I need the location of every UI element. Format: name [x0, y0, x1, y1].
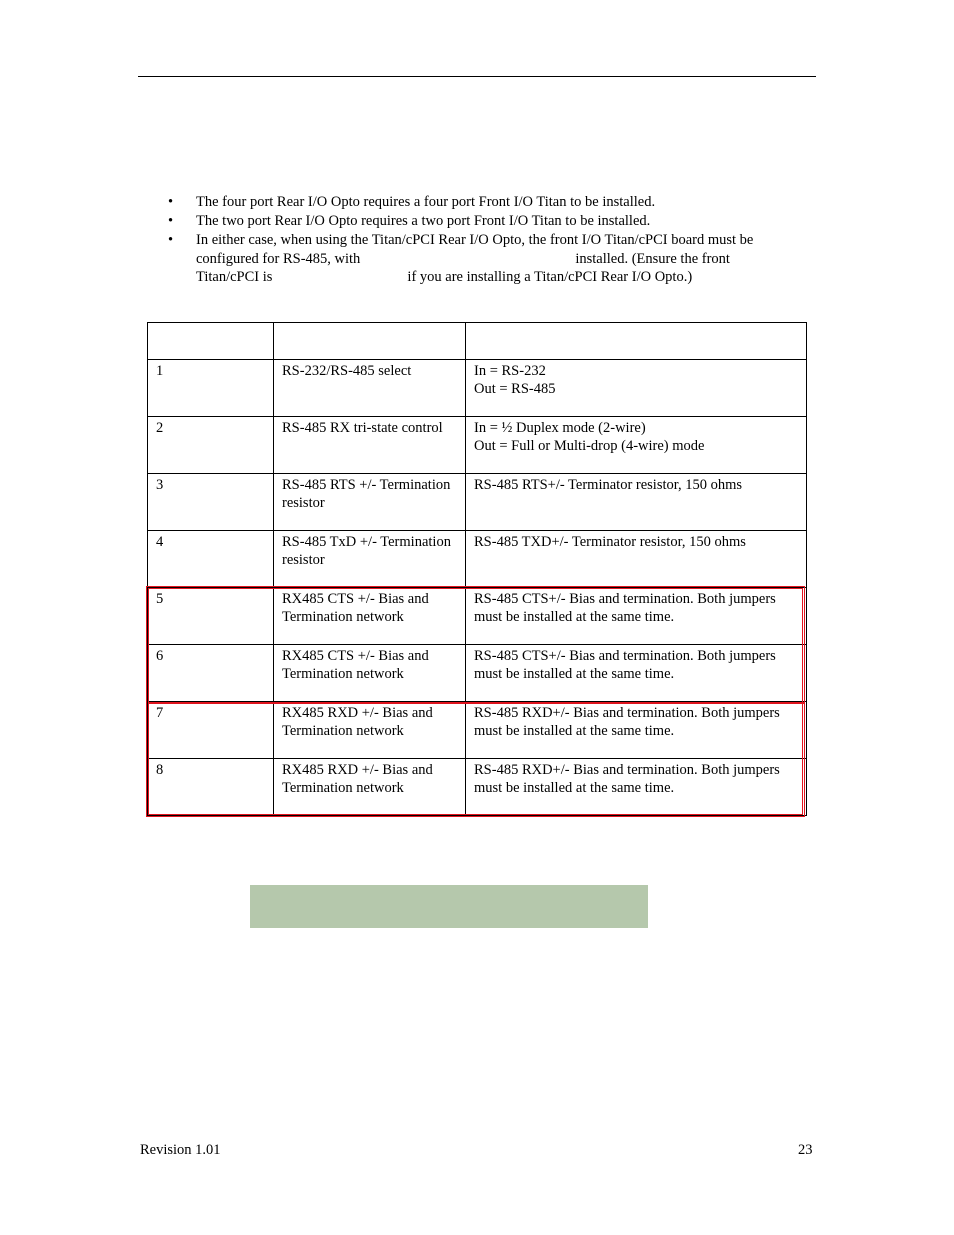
- description-cell: RS-485 CTS+/- Bias and termination. Both…: [466, 645, 807, 702]
- footer-page-number: 23: [798, 1142, 813, 1159]
- description-cell: RS-485 RTS+/- Terminator resistor, 150 o…: [466, 474, 807, 531]
- bullet-icon: •: [168, 212, 173, 231]
- table-row: 1RS-232/RS-485 selectIn = RS-232Out = RS…: [148, 360, 807, 417]
- list-item: •In either case, when using the Titan/cP…: [160, 231, 820, 287]
- table-row: 5RX485 CTS +/- Bias and Termination netw…: [148, 588, 807, 645]
- table-row: 3RS-485 RTS +/- Termination resistorRS-4…: [148, 474, 807, 531]
- bullet-icon: •: [168, 231, 173, 250]
- requirements-list: •The four port Rear I/O Opto requires a …: [160, 193, 820, 287]
- function-cell: RS-485 RTS +/- Termination resistor: [274, 474, 466, 531]
- list-item: •The four port Rear I/O Opto requires a …: [160, 193, 820, 212]
- jumper-number-cell: 4: [148, 531, 274, 588]
- description-line: In = ½ Duplex mode (2-wire): [474, 419, 798, 437]
- bullet-icon: •: [168, 193, 173, 212]
- list-item: •The two port Rear I/O Opto requires a t…: [160, 212, 820, 231]
- description-line: RS-485 CTS+/- Bias and termination. Both…: [474, 590, 798, 626]
- table-row: 7RX485 RXD +/- Bias and Termination netw…: [148, 702, 807, 759]
- description-cell: In = RS-232Out = RS-485: [466, 360, 807, 417]
- header-cell: [274, 323, 466, 360]
- function-cell: RS-485 RX tri-state control: [274, 417, 466, 474]
- jumper-number-cell: 5: [148, 588, 274, 645]
- table-header-row: [148, 323, 807, 360]
- jumper-number-cell: 7: [148, 702, 274, 759]
- description-line: RS-485 RTS+/- Terminator resistor, 150 o…: [474, 476, 798, 494]
- header-rule: [138, 76, 816, 77]
- table-row: 8RX485 RXD +/- Bias and Termination netw…: [148, 759, 807, 816]
- jumper-number-cell: 8: [148, 759, 274, 816]
- description-cell: RS-485 TXD+/- Terminator resistor, 150 o…: [466, 531, 807, 588]
- function-cell: RX485 CTS +/- Bias and Termination netwo…: [274, 645, 466, 702]
- table-row: 6RX485 CTS +/- Bias and Termination netw…: [148, 645, 807, 702]
- description-cell: RS-485 RXD+/- Bias and termination. Both…: [466, 759, 807, 816]
- function-cell: RS-485 TxD +/- Termination resistor: [274, 531, 466, 588]
- description-line: Out = RS-485: [474, 380, 798, 398]
- description-line: RS-485 RXD+/- Bias and termination. Both…: [474, 704, 798, 740]
- footer-revision: Revision 1.01: [140, 1142, 221, 1159]
- jumper-number-cell: 2: [148, 417, 274, 474]
- callout-box: [250, 885, 648, 928]
- description-cell: RS-485 CTS+/- Bias and termination. Both…: [466, 588, 807, 645]
- jumper-number-cell: 3: [148, 474, 274, 531]
- table-row: 2RS-485 RX tri-state controlIn = ½ Duple…: [148, 417, 807, 474]
- description-line: In = RS-232: [474, 362, 798, 380]
- description-cell: In = ½ Duplex mode (2-wire)Out = Full or…: [466, 417, 807, 474]
- description-line: Out = Full or Multi-drop (4-wire) mode: [474, 437, 798, 455]
- jumper-number-cell: 6: [148, 645, 274, 702]
- header-cell: [466, 323, 807, 360]
- jumper-table: 1RS-232/RS-485 selectIn = RS-232Out = RS…: [147, 322, 807, 816]
- table-row: 4RS-485 TxD +/- Termination resistorRS-4…: [148, 531, 807, 588]
- description-cell: RS-485 RXD+/- Bias and termination. Both…: [466, 702, 807, 759]
- description-line: RS-485 RXD+/- Bias and termination. Both…: [474, 761, 798, 797]
- header-cell: [148, 323, 274, 360]
- description-line: RS-485 CTS+/- Bias and termination. Both…: [474, 647, 798, 683]
- description-line: RS-485 TXD+/- Terminator resistor, 150 o…: [474, 533, 798, 551]
- function-cell: RS-232/RS-485 select: [274, 360, 466, 417]
- function-cell: RX485 CTS +/- Bias and Termination netwo…: [274, 588, 466, 645]
- function-cell: RX485 RXD +/- Bias and Termination netwo…: [274, 759, 466, 816]
- jumper-number-cell: 1: [148, 360, 274, 417]
- function-cell: RX485 RXD +/- Bias and Termination netwo…: [274, 702, 466, 759]
